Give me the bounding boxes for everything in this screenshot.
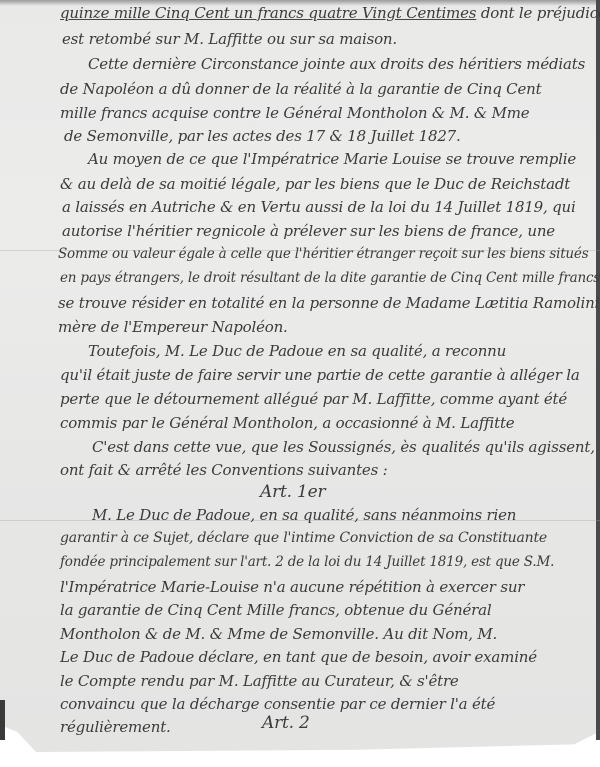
underlined-amount: quinze mille Cinq Cent un francs quatre …	[60, 4, 476, 22]
manuscript-line: ont fait & arrêté les Conventions suivan…	[60, 461, 388, 479]
article-heading: Art. 2	[262, 713, 310, 733]
manuscript-line: fondée principalement sur l'art. 2 de la…	[60, 554, 554, 570]
manuscript-line: convaincu que la décharge consentie par …	[60, 695, 495, 713]
manuscript-line: régulièrement.	[60, 718, 171, 736]
manuscript-line: la garantie de Cinq Cent Mille francs, o…	[60, 601, 491, 619]
manuscript-line: mille francs acquise contre le Général M…	[60, 104, 529, 122]
manuscript-line: l'Impératrice Marie-Louise n'a aucune ré…	[60, 578, 524, 596]
manuscript-line: qu'il était juste de faire servir une pa…	[60, 366, 580, 384]
manuscript-line: Au moyen de ce que l'Impératrice Marie L…	[88, 150, 576, 168]
document-page: quinze mille Cinq Cent un francs quatre …	[0, 0, 600, 767]
manuscript-text: quinze mille Cinq Cent un francs quatre …	[0, 0, 600, 767]
manuscript-line: Somme ou valeur égale à celle que l'héri…	[58, 246, 588, 262]
manuscript-line: M. Le Duc de Padoue, en sa qualité, sans…	[92, 506, 516, 524]
manuscript-line: Montholon & de M. & Mme de Semonville. A…	[60, 625, 497, 643]
manuscript-line: commis par le Général Montholon, a occas…	[60, 414, 514, 432]
manuscript-line: autorise l'héritier regnicole à prélever…	[62, 222, 555, 240]
manuscript-line: en pays étrangers, le droit résultant de…	[60, 270, 600, 286]
manuscript-line: Le Duc de Padoue déclare, en tant que de…	[60, 648, 537, 666]
manuscript-line: garantir à ce Sujet, déclare que l'intim…	[60, 530, 547, 546]
manuscript-line: a laissés en Autriche & en Vertu aussi d…	[62, 198, 576, 216]
manuscript-line: mère de l'Empereur Napoléon.	[58, 318, 288, 336]
manuscript-line: est retombé sur M. Laffitte ou sur sa ma…	[62, 30, 397, 48]
article-heading: Art. 1er	[260, 482, 325, 502]
manuscript-line: se trouve résider en totalité en la pers…	[58, 294, 599, 312]
manuscript-line: Cette dernière Circonstance jointe aux d…	[88, 55, 585, 73]
manuscript-line: perte que le détournement allégué par M.…	[60, 390, 567, 408]
manuscript-line: le Compte rendu par M. Laffitte au Curat…	[60, 672, 459, 690]
manuscript-line: Toutefois, M. Le Duc de Padoue en sa qua…	[88, 342, 506, 360]
manuscript-line: quinze mille Cinq Cent un francs quatre …	[60, 4, 600, 22]
manuscript-line: & au delà de sa moitié légale, par les b…	[60, 175, 570, 193]
manuscript-line: de Semonville, par les actes des 17 & 18…	[64, 127, 461, 145]
manuscript-line: C'est dans cette vue, que les Soussignés…	[92, 438, 595, 456]
manuscript-line: de Napoléon a dû donner de la réalité à …	[60, 80, 541, 98]
